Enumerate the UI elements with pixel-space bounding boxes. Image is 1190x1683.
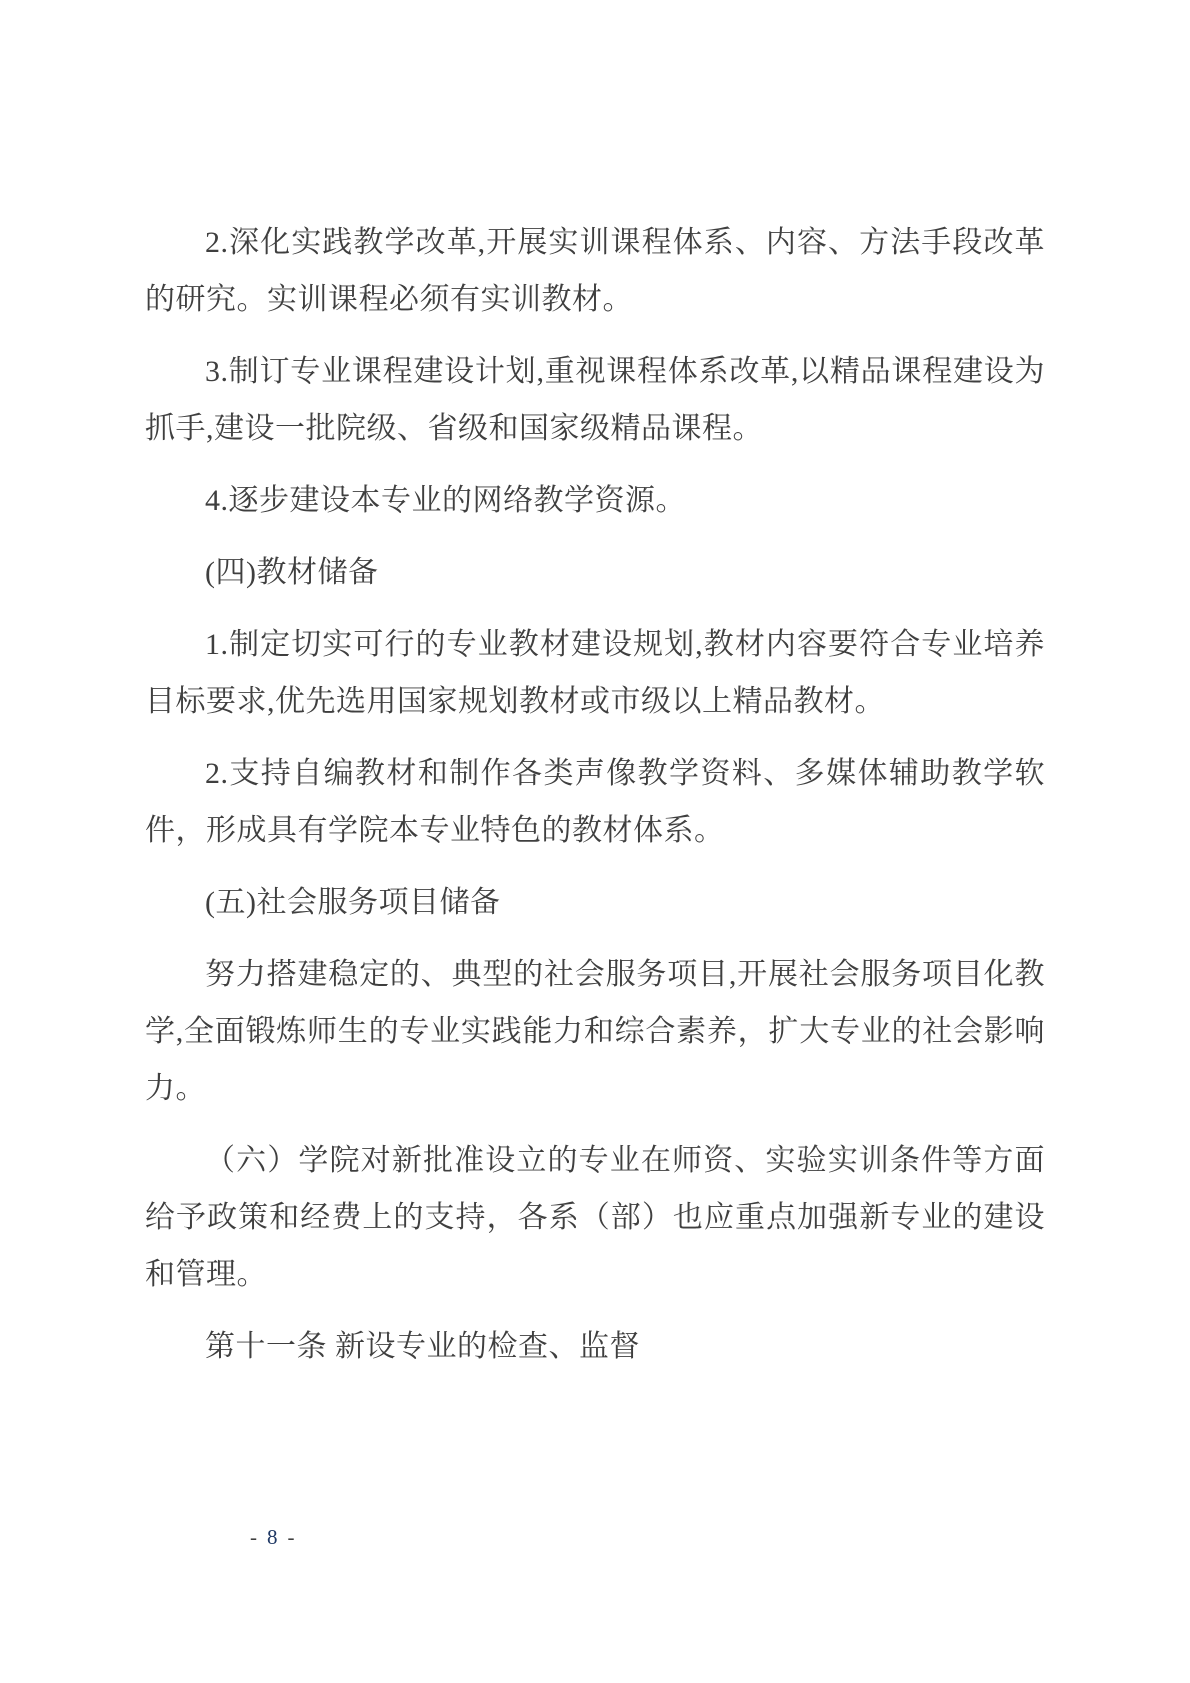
- heading-section-5-social-service: (五)社会服务项目储备: [145, 874, 1045, 931]
- footer-dash-left: -: [250, 1525, 258, 1549]
- document-page: 2.深化实践教学改革,开展实训课程体系、内容、方法手段改革的研究。实训课程必须有…: [0, 0, 1190, 1683]
- page-footer: -8-: [250, 1522, 296, 1552]
- heading-section-4-teaching-materials: (四)教材储备: [145, 544, 1045, 601]
- document-body: 2.深化实践教学改革,开展实训课程体系、内容、方法手段改革的研究。实训课程必须有…: [145, 214, 1045, 1390]
- paragraph-network-teaching-resources: 4.逐步建设本专业的网络教学资源。: [145, 472, 1045, 529]
- paragraph-self-compiled-materials: 2.支持自编教材和制作各类声像教学资料、多媒体辅助教学软件，形成具有学院本专业特…: [145, 745, 1045, 859]
- paragraph-section-6-college-support: （六）学院对新批准设立的专业在师资、实验实训条件等方面给予政策和经费上的支持，各…: [145, 1132, 1045, 1303]
- page-number: 8: [267, 1525, 279, 1549]
- paragraph-material-construction-plan: 1.制定切实可行的专业教材建设规划,教材内容要符合专业培养目标要求,优先选用国家…: [145, 616, 1045, 730]
- paragraph-practice-teaching-reform: 2.深化实践教学改革,开展实训课程体系、内容、方法手段改革的研究。实训课程必须有…: [145, 214, 1045, 328]
- paragraph-course-construction-plan: 3.制订专业课程建设计划,重视课程体系改革,以精品课程建设为抓手,建设一批院级、…: [145, 343, 1045, 457]
- footer-dash-right: -: [288, 1525, 296, 1549]
- paragraph-social-service-projects: 努力搭建稳定的、典型的社会服务项目,开展社会服务项目化教学,全面锻炼师生的专业实…: [145, 946, 1045, 1117]
- heading-article-11-inspection-supervision: 第十一条 新设专业的检查、监督: [145, 1318, 1045, 1375]
